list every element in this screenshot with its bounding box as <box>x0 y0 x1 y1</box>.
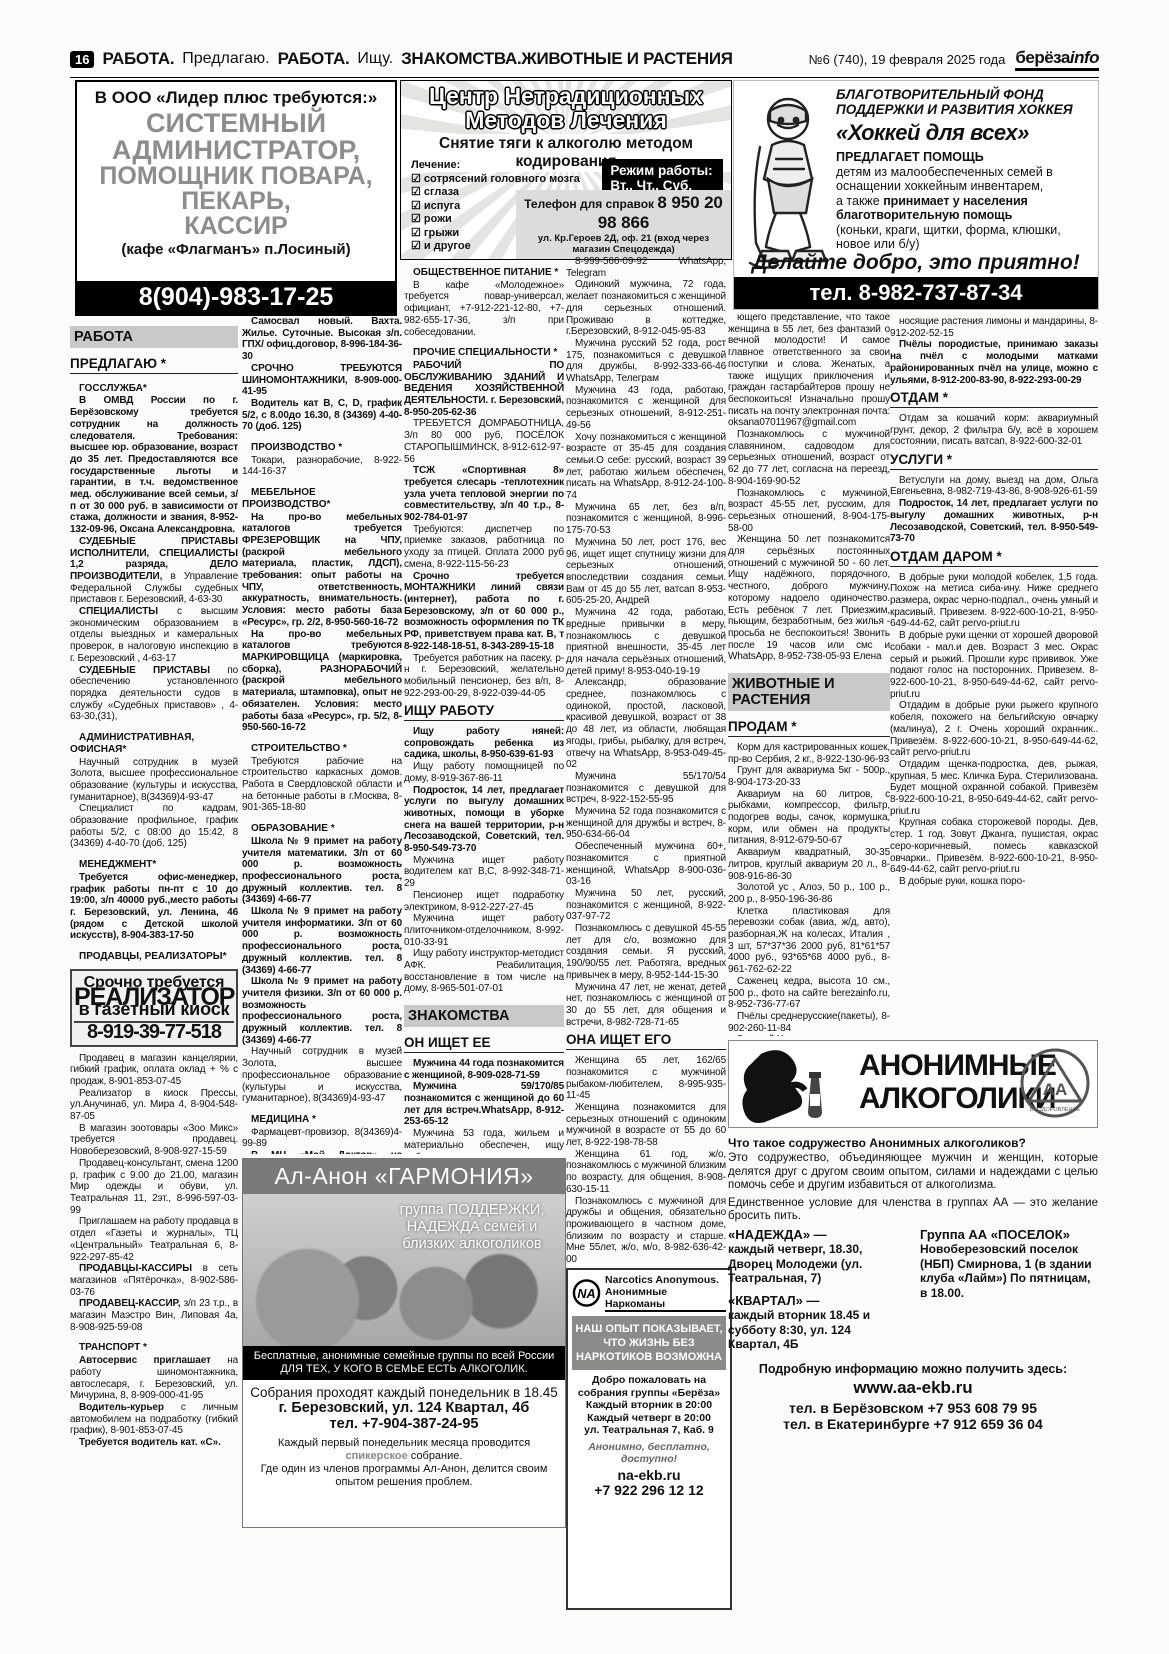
kiosk-ad-line: 8-919-39-77-518 <box>74 1021 234 1039</box>
classified-item: Отдадим щенка-подростка, дев, рыжая, кру… <box>890 759 1098 818</box>
classified-item: Женщина 65 лет, 162/65 познакомится с му… <box>566 1055 726 1102</box>
classified-item: Подросток, 14 лет, предлагает услуги по … <box>404 785 564 855</box>
column-3: ОБЩЕСТВЕННОЕ ПИТАНИЕ *В кафе «Молодежное… <box>404 258 564 1154</box>
classified-item: Ветуслуги на дому, выезд на дом, Ольга Е… <box>890 475 1098 498</box>
classified-item: Автосервис приглашает на работу шиномонт… <box>70 1355 238 1402</box>
na-website: na-ekb.ru <box>572 1469 726 1482</box>
header-section-rabota: РАБОТА. <box>102 49 174 69</box>
classified-item: Мужчина 55/170/54 познакомится с девушко… <box>566 771 726 806</box>
column-6: носящие растения лимоны и мандарины, 8-9… <box>890 316 1098 1036</box>
classified-item: На про-во мебельных каталогов требуются … <box>242 629 402 734</box>
rubric-header: ОН ИЩЕТ ЕЕ <box>404 1031 564 1053</box>
newspaper-logo: берёзаinfo <box>1015 48 1099 71</box>
fund-line: детям из малообеспеченных семей в оснаще… <box>836 165 1092 193</box>
ad-alcoholics-anonymous: АНОНИМНЫЕ АЛКОГОЛИКИ АА ВЫЗДОРОВЛЕНИЕ Чт… <box>728 1040 1098 1622</box>
category-header: ГОССЛУЖБА* <box>70 383 238 395</box>
classified-item: Одинокий мужчина, 72 года, желает познак… <box>566 279 726 338</box>
ad-centr-phone: Телефон для справок 8 950 20 98 866 <box>522 193 725 233</box>
classified-item: Пчёлы породистые, принимаю заказы на пчё… <box>890 339 1098 386</box>
classified-item: Ищу работу инструктор-методист АФК. Реаб… <box>404 948 564 995</box>
fund-line: а также принимает у населения благотвори… <box>836 194 1092 222</box>
category-header: МЕНЕДЖМЕНТ* <box>70 859 238 871</box>
category-header: ПРОЧИЕ СПЕЦИАЛЬНОСТИ * <box>404 347 564 359</box>
treatment-item: ☑ сотрясений головного мозга <box>411 173 580 187</box>
kiosk-ad: Срочно требуетсяРЕАЛИЗАТОРв газетный кио… <box>70 969 238 1047</box>
newspaper-page: 16 РАБОТА. Предлагаю. РАБОТА. Ищу. ЗНАКО… <box>0 0 1169 1654</box>
fund-line: (коньки, краги, щитки, форма, клюшки, но… <box>836 223 1092 251</box>
na-address: ул. Театральная 7, Каб. 9 <box>572 1424 726 1437</box>
na-phone: +7 922 296 12 12 <box>572 1484 726 1497</box>
column-4: 8-999-566-09-92 WhatsApp, TelegramОдинок… <box>566 256 726 1264</box>
classified-item: Пенсионер ищет подработку электриком, 8-… <box>404 890 564 913</box>
ad-centr-contacts: Телефон для справок 8 950 20 98 866 ул. … <box>516 190 731 259</box>
classified-item: ПРОДАВЦЫ-КАССИРЫ в сеть магазинов «Пятёр… <box>70 1263 238 1298</box>
aa-group-col-left: «НАДЕЖДА» —каждый четверг, 18.30, Дворец… <box>728 1228 906 1352</box>
kiosk-ad-line: в газетный киоск <box>74 1004 234 1016</box>
classified-item: ющего представление, что такое женщина в… <box>728 312 890 429</box>
column-5: ющего представление, что такое женщина в… <box>728 312 890 1036</box>
classified-item: СПЕЦИАЛИСТЫ с высшим экономическим образ… <box>70 606 238 665</box>
aa-phone-ekaterinburg: тел. в Екатеринбурге +7 912 659 36 04 <box>728 1416 1098 1432</box>
ad-treatment-center: Центр НетрадиционныхМетодов Лечения Снят… <box>400 80 732 260</box>
na-logo-icon: NA <box>572 1278 601 1308</box>
classified-item: Мужчина 52 года познакомится с женщиной … <box>566 806 726 841</box>
classified-item: Подросток, 14 лет, предлагает услуги по … <box>890 498 1098 545</box>
category-header: ПРОИЗВОДСТВО * <box>242 442 402 454</box>
fund-title: «Хоккей для всех» <box>836 120 1092 146</box>
classified-item: Мужчина 53 года, жильем и материально об… <box>404 1128 564 1154</box>
rubric-header: УСЛУГИ * <box>890 448 1098 470</box>
hockey-player-illustration <box>738 87 830 272</box>
alanon-note: Каждый первый понедельник месяца проводи… <box>247 1437 561 1489</box>
ad-alanon: Ал-Анон «ГАРМОНИЯ» группа ПОДДЕРЖКИ, НАД… <box>242 1158 566 1528</box>
ad-hockey-text: БЛАГОТВОРИТЕЛЬНЫЙ ФОНДПОДДЕРЖКИ И РАЗВИТ… <box>836 87 1092 252</box>
classified-item: ПРОДАВЕЦ-КАССИР, з/п 23 т.р., в магазин … <box>70 1298 238 1333</box>
aa-group-nadezhda: «НАДЕЖДА» —каждый четверг, 18.30, Дворец… <box>728 1228 906 1286</box>
na-motto: НАШ ОПЫТ ПОКАЗЫВАЕТ, ЧТО ЖИЗНЬ БЕЗ НАРКО… <box>572 1316 726 1370</box>
classified-item: Школа № 9 примет на работу учителя инфор… <box>242 906 402 976</box>
classified-item: РАБОЧИЙ ПО ОБСЛУЖИВАНИЮ ЗДАНИЙ И ВЕДЕНИЯ… <box>404 360 564 419</box>
classified-item: Срочно требуется МОНТАЖНИКИ линий связи … <box>404 571 564 653</box>
vacancy-line: СИСТЕМНЫЙ <box>77 110 395 137</box>
vacancy-line: АДМИНИСТРАТОР, <box>77 137 395 164</box>
ad-centr-address: ул. Кр.Героев 2Д, оф. 21 (вход через маг… <box>522 233 725 255</box>
classified-item: Хочу познакомиться с женщиной возрасте о… <box>566 432 726 502</box>
column-2: Самосвал новый. Вахта. Жилье. Суточные. … <box>242 316 402 1154</box>
ad-lider-plus: В ООО «Лидер плюс требуются:» СИСТЕМНЫЙ … <box>75 80 397 316</box>
group-photo: группа ПОДДЕРЖКИ, НАДЕЖДА семей и близки… <box>243 1194 565 1346</box>
rubric-header: ИЩУ РАБОТУ <box>404 699 564 721</box>
category-header: СТРОИТЕЛЬСТВО * <box>242 743 402 755</box>
ad-narcotics-anonymous: NA Narcotics Anonymous.Анонимные Наркома… <box>566 1268 732 1610</box>
classified-item: Продавец в магазин канцелярии, гибкий гр… <box>70 1053 238 1088</box>
na-schedule: Каждый четверг в 20:00 <box>572 1412 726 1425</box>
section-header: ЖИВОТНЫЕ И РАСТЕНИЯ <box>728 673 890 711</box>
vacancy-line: ПОМОЩНИК ПОВАРА, <box>77 164 395 189</box>
classified-item: Познакомлюсь с мужчиной, возраст 45-55 л… <box>728 488 890 535</box>
classified-item: Мужчина 59/170/85 познакомится с женщино… <box>404 1081 564 1128</box>
classified-item: Ищу работу помощницей по дому, 8-919-367… <box>404 761 564 784</box>
classified-item: Требуется водитель кат. «С». <box>70 1437 238 1449</box>
classified-item: На про-во мебельных каталогов требуется … <box>242 512 402 629</box>
classified-item: Саженец кедра, высота 10 см., 500 р., фо… <box>728 976 890 1011</box>
svg-text:NA: NA <box>577 1287 595 1301</box>
classified-item: Познакомлюсь с мужчиной для дружбы и общ… <box>566 1196 726 1264</box>
classified-item: Золотой ус , Алоэ, 50 р., 100 р., 200 р.… <box>728 882 890 905</box>
classified-item: СУДЕБНЫЕ ПРИСТАВЫ ИСПОЛНИТЕЛИ, СПЕЦИАЛИС… <box>70 536 238 606</box>
issue-info: №6 (740), 19 февраля 2025 года берёзаinf… <box>809 48 1099 71</box>
section-header: ЗНАКОМСТВА <box>404 1005 564 1027</box>
aa-question: Что такое содружество Анонимных алкоголи… <box>728 1136 1098 1150</box>
classified-item: ТСЖ «Спортивная 8» требуется слесарь -те… <box>404 465 564 524</box>
fund-phone: тел. 8-982-737-87-34 <box>734 277 1098 309</box>
classified-item: ТРЕБУЕТСЯ ДОМРАБОТНИЦА, З/п 80 000 руб, … <box>404 418 564 465</box>
classified-item: Требуются: диспетчер по приемке заказов,… <box>404 524 564 571</box>
classified-item: Научный сотрудник в музей Золота, высшее… <box>242 1046 402 1105</box>
classified-item: СРОЧНО ТРЕБУЮТСЯ ШИНОМОНТАЖНИКИ, 8-909-0… <box>242 363 402 398</box>
category-header: ОБЩЕСТВЕННОЕ ПИТАНИЕ * <box>404 267 564 279</box>
na-welcome: Добро пожаловать на собрания группы «Бер… <box>572 1374 726 1399</box>
alanon-meeting: Собрания проходят каждый понедельник в 1… <box>247 1385 561 1400</box>
ad-centr-title: Центр НетрадиционныхМетодов Лечения <box>401 84 731 132</box>
classified-item: Мужчина 43 года, работаю, познакомится с… <box>566 385 726 432</box>
category-header: ПРОДАВЦЫ, РЕАЛИЗАТОРЫ* <box>70 951 238 963</box>
aa-group-poselok: Группа АА «ПОСЕЛОК»Новоберезовский посел… <box>920 1228 1098 1352</box>
aa-banner: АНОНИМНЫЕ АЛКОГОЛИКИ АА ВЫЗДОРОВЛЕНИЕ <box>728 1040 1098 1128</box>
aa-logo-icon: АА ВЫЗДОРОВЛЕНИЕ <box>1019 1047 1091 1119</box>
rubric-header: ПРЕДЛАГАЮ * <box>70 352 238 374</box>
header-section-znakomstva: ЗНАКОМСТВА.ЖИВОТНЫЕ И РАСТЕНИЯ <box>401 49 733 69</box>
classified-item: Александр, образование среднее, познаком… <box>566 677 726 771</box>
ad-lider-title: В ООО «Лидер плюс требуются:» <box>77 82 395 110</box>
classified-item: Аквариум квадратный, 30-35 литров, кругл… <box>728 847 890 882</box>
classified-item: Женщина 50 лет познакомится для серьёзны… <box>728 534 890 663</box>
classified-item: Женщина 61 год, ж/о, познакомлюсь с мужч… <box>566 1149 726 1196</box>
classified-item: Мужчина 50 лет, русский, познакомится с … <box>566 888 726 923</box>
fund-slogan: Делайте добро, это приятно! <box>740 251 1092 275</box>
classified-item: В магазин зоотовары «Зоо Микс» требуется… <box>70 1123 238 1158</box>
rubric-header: ОТДАМ ДАРОМ * <box>890 545 1098 567</box>
svg-text:ВЫЗДОРОВЛЕНИЕ: ВЫЗДОРОВЛЕНИЕ <box>1030 1107 1080 1113</box>
page-number: 16 <box>70 51 94 68</box>
header-rule <box>70 77 1099 78</box>
na-title: Narcotics Anonymous.Анонимные Наркоманы <box>605 1274 726 1312</box>
classified-item: 8-999-566-09-92 WhatsApp, Telegram <box>566 256 726 279</box>
aa-website: www.aa-ekb.ru <box>728 1378 1098 1398</box>
aa-info-label: Подробную информацию можно получить здес… <box>728 1362 1098 1376</box>
classified-item: Женщина познакомится для серьезных отнош… <box>566 1102 726 1149</box>
classified-item: В добрые руки щенки от хорошей дворовой … <box>890 630 1098 700</box>
classified-item: Мужчина 50 лет, рост 176, вес 96, ищет и… <box>566 537 726 607</box>
rubric-header: ОТДАМ * <box>890 386 1098 408</box>
ad-lider-phone: 8(904)-983-17-25 <box>77 281 395 314</box>
classified-item: В кафе «Молодежное» требуется повар-унив… <box>404 280 564 339</box>
drinker-silhouette-icon <box>731 1042 851 1126</box>
section-header: РАБОТА <box>70 326 238 348</box>
classified-item: Самосвал новый. Вахта. Жилье. Суточные. … <box>242 316 402 363</box>
vacancy-line: КАССИР <box>77 214 395 239</box>
header-section-rabota2: РАБОТА. <box>278 49 350 69</box>
svg-text:АА: АА <box>1043 1080 1068 1099</box>
classified-item: Ищу работу няней: сопровождать ребенка и… <box>404 726 564 761</box>
classified-item: Школа № 9 примет на работу учителя физик… <box>242 976 402 1046</box>
classified-item: Крупная собака сторожевой породы. Дев, с… <box>890 817 1098 876</box>
vacancy-line: ПЕКАРЬ, <box>77 189 395 214</box>
classified-item: Грунт для аквариума 5кг - 500р., 8-904-1… <box>728 765 890 788</box>
classified-item: Мужчина 47 лет, не женат, детей нет, поз… <box>566 982 726 1029</box>
classified-item: Корм для кастрированных кошек, пр-во Сер… <box>728 742 890 765</box>
aa-groups: «НАДЕЖДА» —каждый четверг, 18.30, Дворец… <box>728 1228 1098 1352</box>
classified-item: Мужчина 65 лет, без в/п, познакомится с … <box>566 502 726 537</box>
classified-item: Клетка пластиковая для перевозки собак (… <box>728 906 890 976</box>
alanon-address: г. Березовский, ул. 124 Квартал, 4б <box>247 1400 561 1416</box>
aa-footer: Подробную информацию можно получить здес… <box>728 1362 1098 1432</box>
aa-phone-berezovsky: тел. в Берёзовском +7 953 608 79 95 <box>728 1400 1098 1416</box>
fund-name: БЛАГОТВОРИТЕЛЬНЫЙ ФОНДПОДДЕРЖКИ И РАЗВИТ… <box>836 87 1092 117</box>
classified-item: Пчёлы среднерусские(пакеты), 8-902-260-1… <box>728 1011 890 1034</box>
classified-item: Требуется работник на пасеку, р-н г. Бер… <box>404 653 564 700</box>
classified-item: Реализатор в киоск Прессы, ул.Анучина6, … <box>70 1088 238 1123</box>
aa-paragraph: Это содружество, объединяющее мужчин и ж… <box>728 1152 1098 1193</box>
classified-item: Золотой Ус, комнатные и плодо- <box>728 1034 890 1036</box>
category-header: ТРАНСПОРТ * <box>70 1342 238 1354</box>
classified-item: Продавец-консультант, смена 1200 р, граф… <box>70 1158 238 1217</box>
classified-item: Мужчина ищет работу плиточником-отделочн… <box>404 913 564 948</box>
classified-item: В МЦ «Мой Доктор» на Гагарина, 17, требу… <box>242 1150 402 1154</box>
na-note: Анонимно, бесплатно, доступно! <box>572 1441 726 1466</box>
category-header: АДМИНИСТРАТИВНАЯ, ОФИСНАЯ* <box>70 732 238 755</box>
fund-offer: ПРЕДЛАГАЕТ ПОМОЩЬ <box>836 150 1092 164</box>
classified-item: В добрые руки молодой кобелек, 1,5 года.… <box>890 572 1098 631</box>
classified-item: носящие растения лимоны и мандарины, 8-9… <box>890 316 1098 339</box>
classified-item: Требуется офис-менеджер, график работы п… <box>70 872 238 942</box>
alanon-overlay-text: группа ПОДДЕРЖКИ, НАДЕЖДА семей и близки… <box>387 1202 557 1253</box>
na-schedule: Каждый вторник в 20:00 <box>572 1399 726 1412</box>
header-section-predlagayu: Предлагаю. <box>182 50 269 68</box>
classified-item: Мужчина русский 52 года, рост 175, позна… <box>566 338 726 385</box>
alanon-black-bar: Бесплатные, анонимные семейные группы по… <box>243 1346 565 1380</box>
ad-hockey-fund: БЛАГОТВОРИТЕЛЬНЫЙ ФОНДПОДДЕРЖКИ И РАЗВИТ… <box>733 80 1099 310</box>
classified-item: Мужчина 44 года познакомится с женщиной,… <box>404 1058 564 1081</box>
classified-item: СУДЕБНЫЕ ПРИСТАВЫ по обеспечению установ… <box>70 665 238 724</box>
page-header: 16 РАБОТА. Предлагаю. РАБОТА. Ищу. ЗНАКО… <box>70 46 1099 72</box>
na-body: Добро пожаловать на собрания группы «Бер… <box>568 1370 730 1501</box>
issue-date: №6 (740), 19 февраля 2025 года <box>809 52 1006 67</box>
ad-lider-note: (кафе «Флагманъ» п.Лосиный) <box>77 241 395 258</box>
category-header: МЕДИЦИНА * <box>242 1114 402 1126</box>
classified-item: Научный сотрудник в музей Золота, высшее… <box>70 757 238 804</box>
alanon-body: Собрания проходят каждый понедельник в 1… <box>243 1380 565 1494</box>
classified-item: Познакомлюсь с девушкой 45-55 лет для с/… <box>566 923 726 982</box>
na-header: NA Narcotics Anonymous.Анонимные Наркома… <box>568 1270 730 1316</box>
classified-item: Отдадим в добрые руки рыжего крупного ко… <box>890 700 1098 759</box>
rubric-header: ПРОДАМ * <box>728 715 890 737</box>
classified-item: Приглашаем на работу продавца в отдел «Г… <box>70 1216 238 1263</box>
header-section-ishchu: Ищу. <box>357 50 393 68</box>
classified-item: Познакомлюсь с мужчиной славянином, садо… <box>728 429 890 488</box>
classified-item: Отдам за кошачий корм: аквариумный грунт… <box>890 413 1098 448</box>
alanon-phone: тел. +7-904-387-24-95 <box>247 1416 561 1432</box>
classified-item: Мужчина 42 года, работаю, вредные привыч… <box>566 607 726 677</box>
aa-paragraph: Единственное условие для членства в груп… <box>728 1197 1098 1224</box>
classified-item: Требуются рабочие на строительство карка… <box>242 756 402 815</box>
classified-item: Специалист по кадрам, образование профил… <box>70 803 238 850</box>
classified-item: Водитель-курьер с личным автомобилем на … <box>70 1402 238 1437</box>
rubric-header: ОНА ИЩЕТ ЕГО <box>566 1028 726 1050</box>
alanon-header: Ал-Анон «ГАРМОНИЯ» <box>243 1159 565 1194</box>
classified-item: Школа № 9 примет на работу учителя матем… <box>242 836 402 906</box>
classified-item: Аквариум на 60 литров, с рыбками, компре… <box>728 789 890 848</box>
classified-item: В ОМВД России по г. Берёзовскому требует… <box>70 395 238 535</box>
column-1: РАБОТАПРЕДЛАГАЮ *ГОССЛУЖБА*В ОМВД России… <box>70 316 238 1628</box>
aa-group-kvartal: «КВАРТАЛ» —каждый вторник 18.45 и суббот… <box>728 1294 906 1352</box>
treatment-label: Лечение: <box>411 159 580 173</box>
category-header: МЕБЕЛЬНОЕ ПРОИЗВОДСТВО* <box>242 487 402 510</box>
classified-item: Мужчина ищет работу водителем кат В,С, 8… <box>404 855 564 890</box>
classified-item: Токари, разнорабочие, 8-922-144-16-37 <box>242 455 402 478</box>
classified-item: Фармацевт-провизор, 8(34369)4-99-89 <box>242 1127 402 1150</box>
classified-item: В добрые руки, кошка поро- <box>890 876 1098 888</box>
classified-item: Водитель кат В, С, D, график 5/2, с 8.00… <box>242 398 402 433</box>
classified-item: Обеспеченный мужчина 60+, познакомится с… <box>566 841 726 888</box>
category-header: ОБРАЗОВАНИЕ * <box>242 823 402 835</box>
